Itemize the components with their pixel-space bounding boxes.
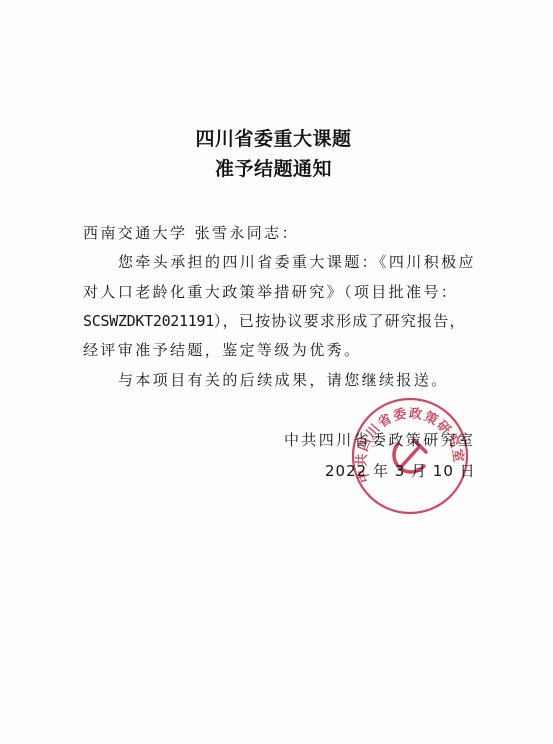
body-line-1: 您牵头承担的四川省委重大课题：《四川积极应 <box>118 253 518 271</box>
body-line-4: 经评审准予结题，鉴定等级为优秀。 <box>83 341 483 359</box>
official-seal: 中共四川省委政策研究室 <box>350 396 470 516</box>
signature-date: 2022 年 3 月 10 日 <box>325 462 476 480</box>
document-title-line-2: 准予结题通知 <box>0 159 550 179</box>
body-line-3: SCSWZDKT2021191），已按协议要求形成了研究报告， <box>83 312 483 330</box>
document-title-line-1: 四川省委重大课题 <box>0 129 550 149</box>
body-line-3-text: ），已按协议要求形成了研究报告， <box>214 312 466 330</box>
document-page: 四川省委重大课题 准予结题通知 西南交通大学 张雪永同志： 您牵头承担的四川省委… <box>0 0 553 744</box>
body-line-2: 对人口老龄化重大政策举措研究》（项目批准号： <box>83 283 483 301</box>
project-code: SCSWZDKT2021191 <box>83 312 214 330</box>
salutation: 西南交通大学 张雪永同志： <box>83 224 483 242</box>
body-line-5: 与本项目有关的后续成果，请您继续报送。 <box>118 371 518 389</box>
signature-organization: 中共四川省委政策研究室 <box>284 431 475 449</box>
